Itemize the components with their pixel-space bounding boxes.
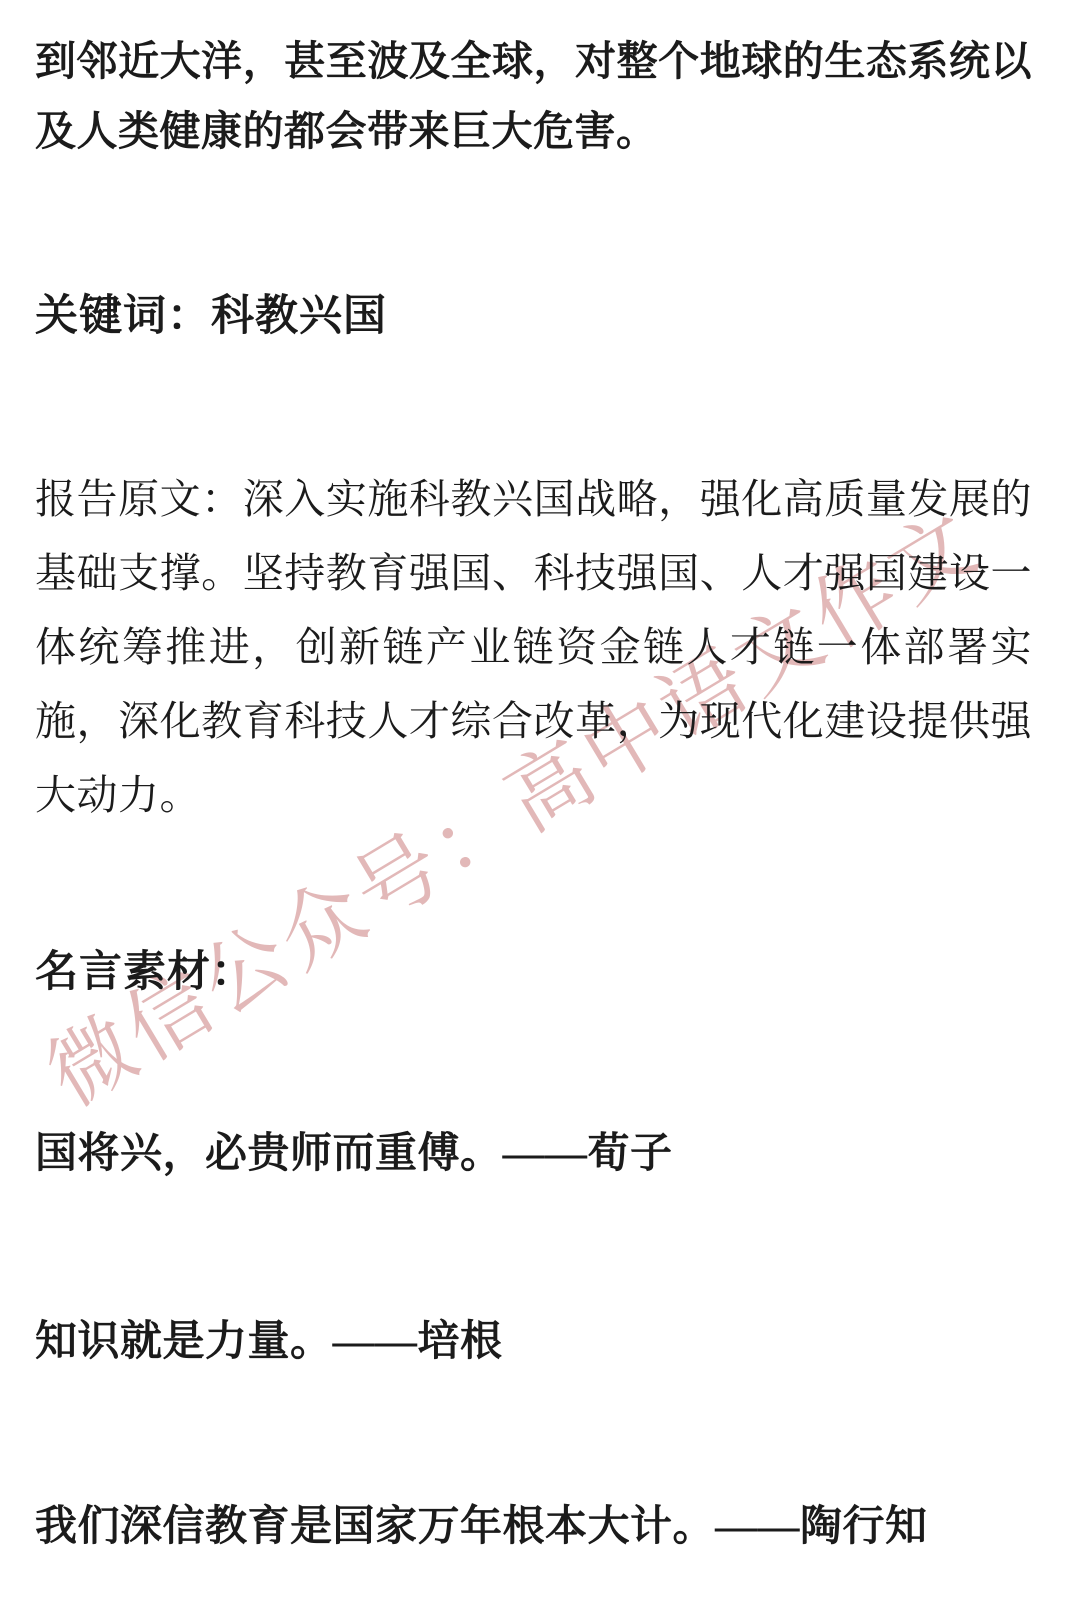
quote-line-taoxingzhi: 我们深信教育是国家万年根本大计。——陶行知 bbox=[35, 1490, 928, 1564]
keyword-heading: 关键词：科教兴国 bbox=[35, 280, 387, 354]
intro-paragraph: 到邻近大洋，甚至波及全球，对整个地球的生态系统以及人类健康的都会带来巨大危害。 bbox=[35, 26, 1032, 166]
quote-line-bacon: 知识就是力量。——培根 bbox=[35, 1305, 503, 1379]
document-page: 微信公众号：高中语文作文 到邻近大洋，甚至波及全球，对整个地球的生态系统以及人类… bbox=[0, 0, 1066, 1598]
quote-line-xunzi: 国将兴，必贵师而重傅。——荀子 bbox=[35, 1117, 673, 1191]
report-paragraph: 报告原文：深入实施科教兴国战略，强化高质量发展的基础支撑。坚持教育强国、科技强国… bbox=[35, 462, 1032, 832]
quotes-heading: 名言素材： bbox=[35, 936, 255, 1010]
